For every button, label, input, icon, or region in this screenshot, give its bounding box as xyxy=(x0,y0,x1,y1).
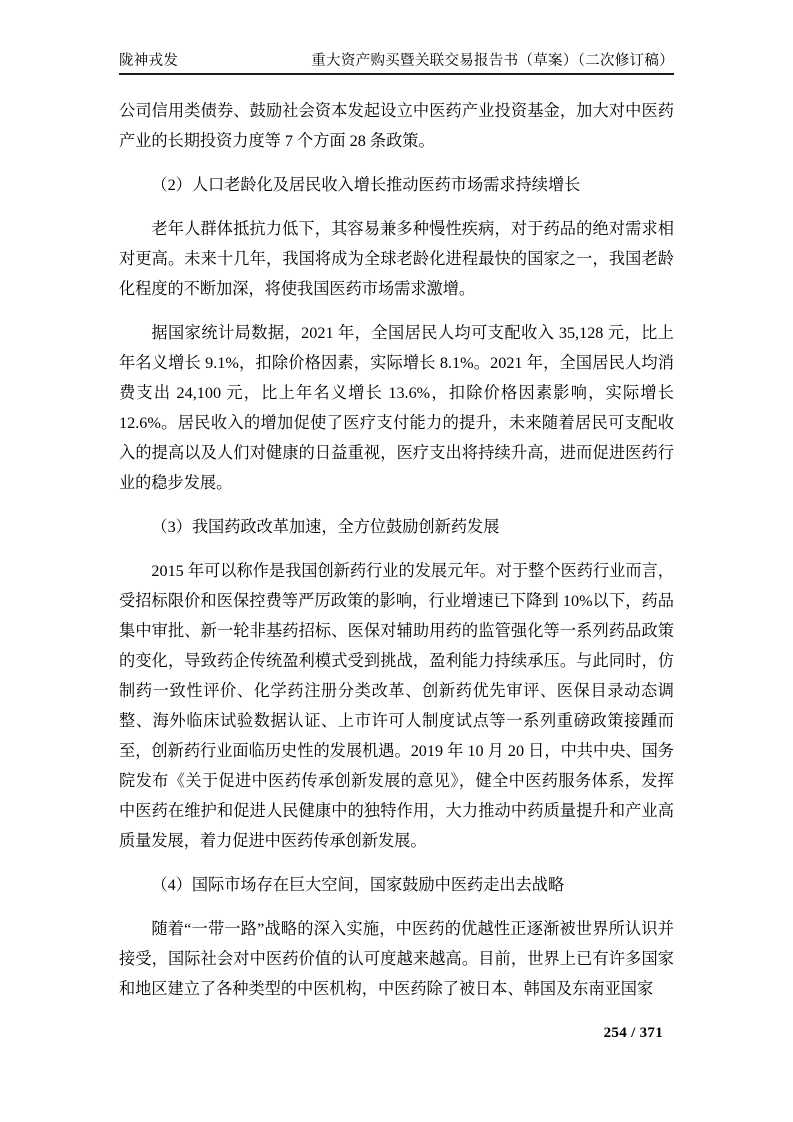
section-heading: （4）国际市场存在巨大空间，国家鼓励中医药走出去战略 xyxy=(119,870,674,900)
header-company-name: 陇神戎发 xyxy=(119,52,178,70)
header-report-title: 重大资产购买暨关联交易报告书（草案）（二次修订稿） xyxy=(311,52,674,70)
page-number: 254 / 371 xyxy=(604,1025,663,1042)
body-paragraph: 2015 年可以称作是我国创新药行业的发展元年。对于整个医药行业而言，受招标限价… xyxy=(119,556,674,856)
section-heading: （2）人口老龄化及居民收入增长推动医药市场需求持续增长 xyxy=(119,170,674,200)
page-header: 陇神戎发 重大资产购买暨关联交易报告书（草案）（二次修订稿） xyxy=(119,52,674,75)
body-paragraph: 公司信用类债券、鼓励社会资本发起设立中医药产业投资基金，加大对中医药产业的长期投… xyxy=(119,96,674,156)
document-page: 陇神戎发 重大资产购买暨关联交易报告书（草案）（二次修订稿） 公司信用类债券、鼓… xyxy=(0,0,793,1122)
section-heading: （3）我国药政改革加速，全方位鼓励创新药发展 xyxy=(119,512,674,542)
document-body: 公司信用类债券、鼓励社会资本发起设立中医药产业投资基金，加大对中医药产业的长期投… xyxy=(119,96,674,1004)
body-paragraph: 老年人群体抵抗力低下，其容易兼多种慢性疾病，对于药品的绝对需求相对更高。未来十几… xyxy=(119,214,674,304)
body-paragraph: 据国家统计局数据，2021 年，全国居民人均可支配收入 35,128 元，比上年… xyxy=(119,318,674,498)
body-paragraph: 随着“一带一路”战略的深入实施，中医药的优越性正逐渐被世界所认识并接受，国际社会… xyxy=(119,914,674,1004)
